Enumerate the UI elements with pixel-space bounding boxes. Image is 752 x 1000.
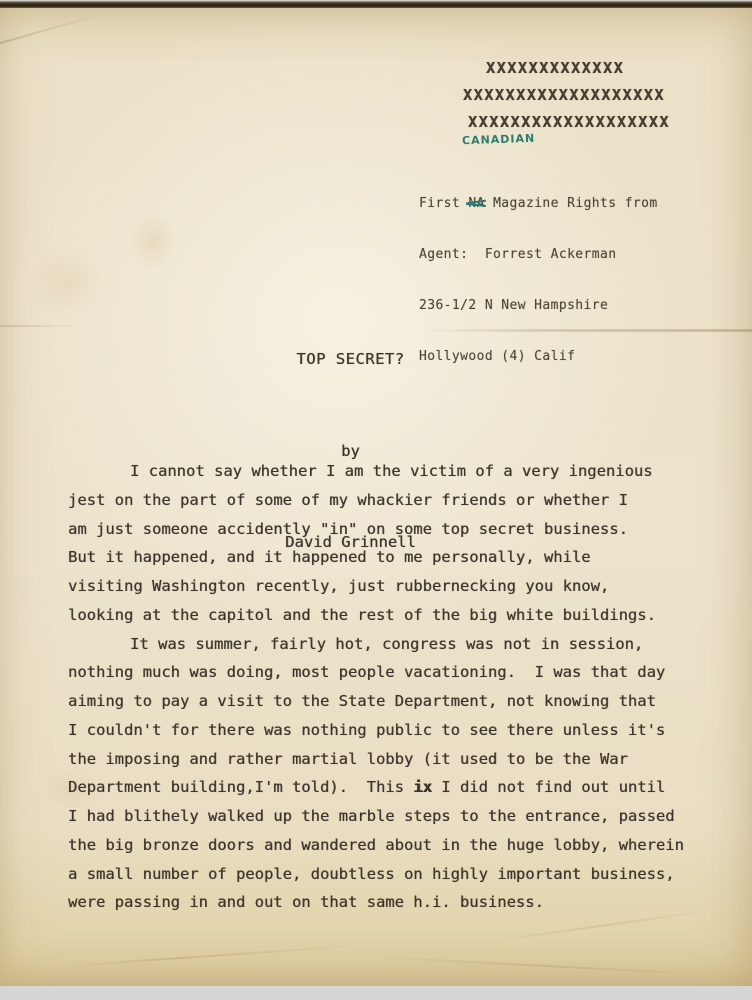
scan-top-edge <box>0 0 752 8</box>
body-line: am just someone accidently "in" on some … <box>68 515 728 544</box>
typed-over-line: XXXXXXXXXXXXX <box>486 59 624 77</box>
manuscript-page: XXXXXXXXXXXXX XXXXXXXXXXXXXXXXXXX XXXXXX… <box>0 7 752 986</box>
body-line: a small number of people, doubtless on h… <box>68 860 728 889</box>
body-line: I couldn't for there was nothing public … <box>68 716 728 745</box>
rights-line-1-suffix: Magazine Rights from <box>485 196 658 211</box>
body-line: Department building,I'm told). This ix I… <box>68 773 728 802</box>
body-line: nothing much was doing, most people vaca… <box>68 658 728 687</box>
paper-wrinkle <box>60 945 359 968</box>
handwritten-annotation: CANADIAN <box>462 130 536 150</box>
page-title: TOP SECRET? <box>68 344 633 375</box>
body-line: the big bronze doors and wandered about … <box>68 831 728 860</box>
rights-line-2: Agent: Forrest Ackerman <box>419 246 658 263</box>
overstruck-typo: ix <box>413 778 432 796</box>
body-line: the imposing and rather martial lobby (i… <box>68 745 728 774</box>
body-line: looking at the capitol and the rest of t… <box>68 601 728 630</box>
body-line: I cannot say whether I am the victim of … <box>68 457 728 486</box>
body-line: were passing in and out on that same h.i… <box>68 888 728 917</box>
body-line: jest on the part of some of my whackier … <box>68 486 728 515</box>
body-text: I cannot say whether I am the victim of … <box>68 457 728 917</box>
struck-out-word: NA <box>468 195 484 212</box>
typed-over-line: XXXXXXXXXXXXXXXXXXX <box>463 86 665 104</box>
body-line: It was summer, fairly hot, congress was … <box>68 630 728 659</box>
typed-over-line: XXXXXXXXXXXXXXXXXXX <box>468 113 670 131</box>
rights-line-1: First NA Magazine Rights from <box>419 195 658 212</box>
body-line: But it happened, and it happened to me p… <box>68 543 728 572</box>
paper-crease <box>0 13 104 48</box>
body-line: visiting Washington recently, just rubbe… <box>68 572 728 601</box>
body-line: I had blithely walked up the marble step… <box>68 802 728 831</box>
paper-wrinkle <box>380 956 710 975</box>
body-line: aiming to pay a visit to the State Depar… <box>68 687 728 716</box>
paper-stain <box>130 212 176 272</box>
rights-line-1-prefix: First <box>419 196 468 211</box>
